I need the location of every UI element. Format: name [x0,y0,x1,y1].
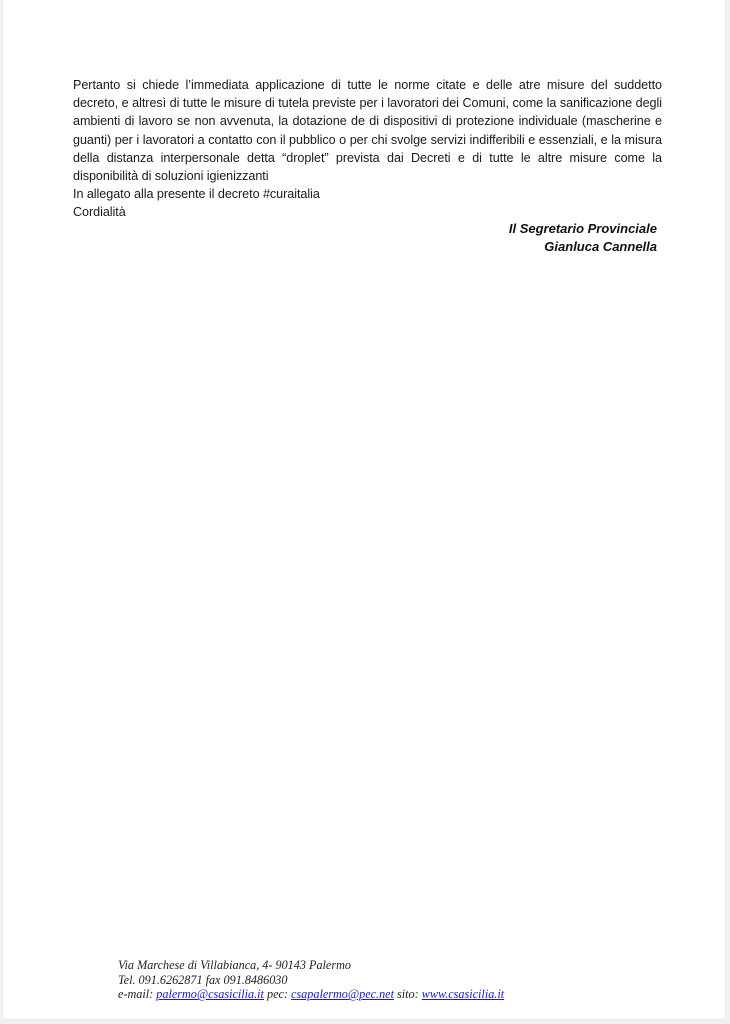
signature-block: Il Segretario Provinciale Gianluca Canne… [509,220,657,256]
signer-role: Il Segretario Provinciale [509,220,657,238]
document-page: Pertanto si chiede l’immediata applicazi… [3,0,725,1019]
site-label: sito: [394,987,422,1001]
letterhead-footer: Via Marchese di Villabianca, 4- 90143 Pa… [118,958,504,1002]
site-link[interactable]: www.csasicilia.it [422,987,504,1001]
footer-address: Via Marchese di Villabianca, 4- 90143 Pa… [118,958,504,973]
letter-body: Pertanto si chiede l’immediata applicazi… [73,76,662,222]
email-link[interactable]: palermo@csasicilia.it [156,987,264,1001]
request-paragraph: Pertanto si chiede l’immediata applicazi… [73,76,662,185]
signer-name: Gianluca Cannella [509,238,657,256]
pec-label: pec: [264,987,291,1001]
footer-phone-fax: Tel. 091.6262871 fax 091.8486030 [118,973,504,988]
email-label: e-mail: [118,987,156,1001]
footer-contacts: e-mail: palermo@csasicilia.it pec: csapa… [118,987,504,1002]
pec-link[interactable]: csapalermo@pec.net [291,987,394,1001]
attachment-line: In allegato alla presente il decreto #cu… [73,185,662,203]
closing-line: Cordialità [73,203,662,221]
